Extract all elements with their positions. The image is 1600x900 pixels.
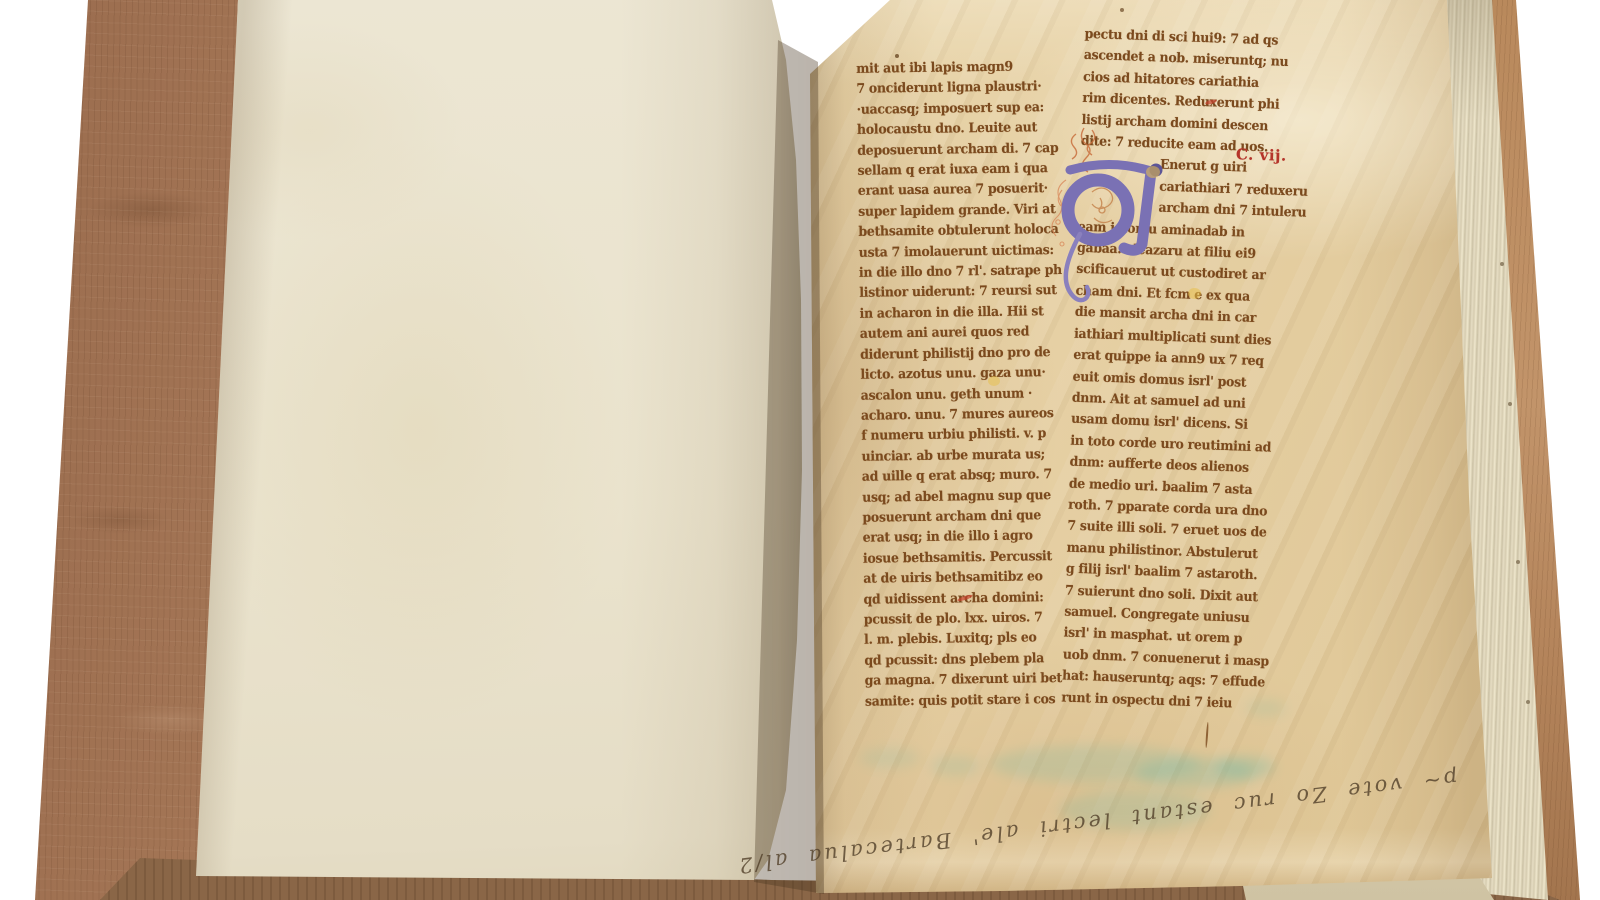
pigment-accent — [1146, 166, 1160, 178]
pigment-accent — [1500, 262, 1504, 266]
pigment-accent — [988, 376, 1000, 386]
pigment-accent — [1205, 722, 1209, 748]
pigment-accent — [895, 54, 899, 58]
pigment-accent — [1508, 402, 1512, 406]
pigment-accent — [957, 594, 973, 603]
pigment-accent — [1120, 8, 1124, 12]
pigment-accent — [1526, 700, 1530, 704]
manuscript-photograph: mit aut ibi lapis magn97 onciderunt lign… — [0, 0, 1600, 900]
pigment-accent — [1188, 288, 1201, 299]
pigment-accent — [1516, 560, 1520, 564]
pigment-accent — [1205, 99, 1218, 106]
